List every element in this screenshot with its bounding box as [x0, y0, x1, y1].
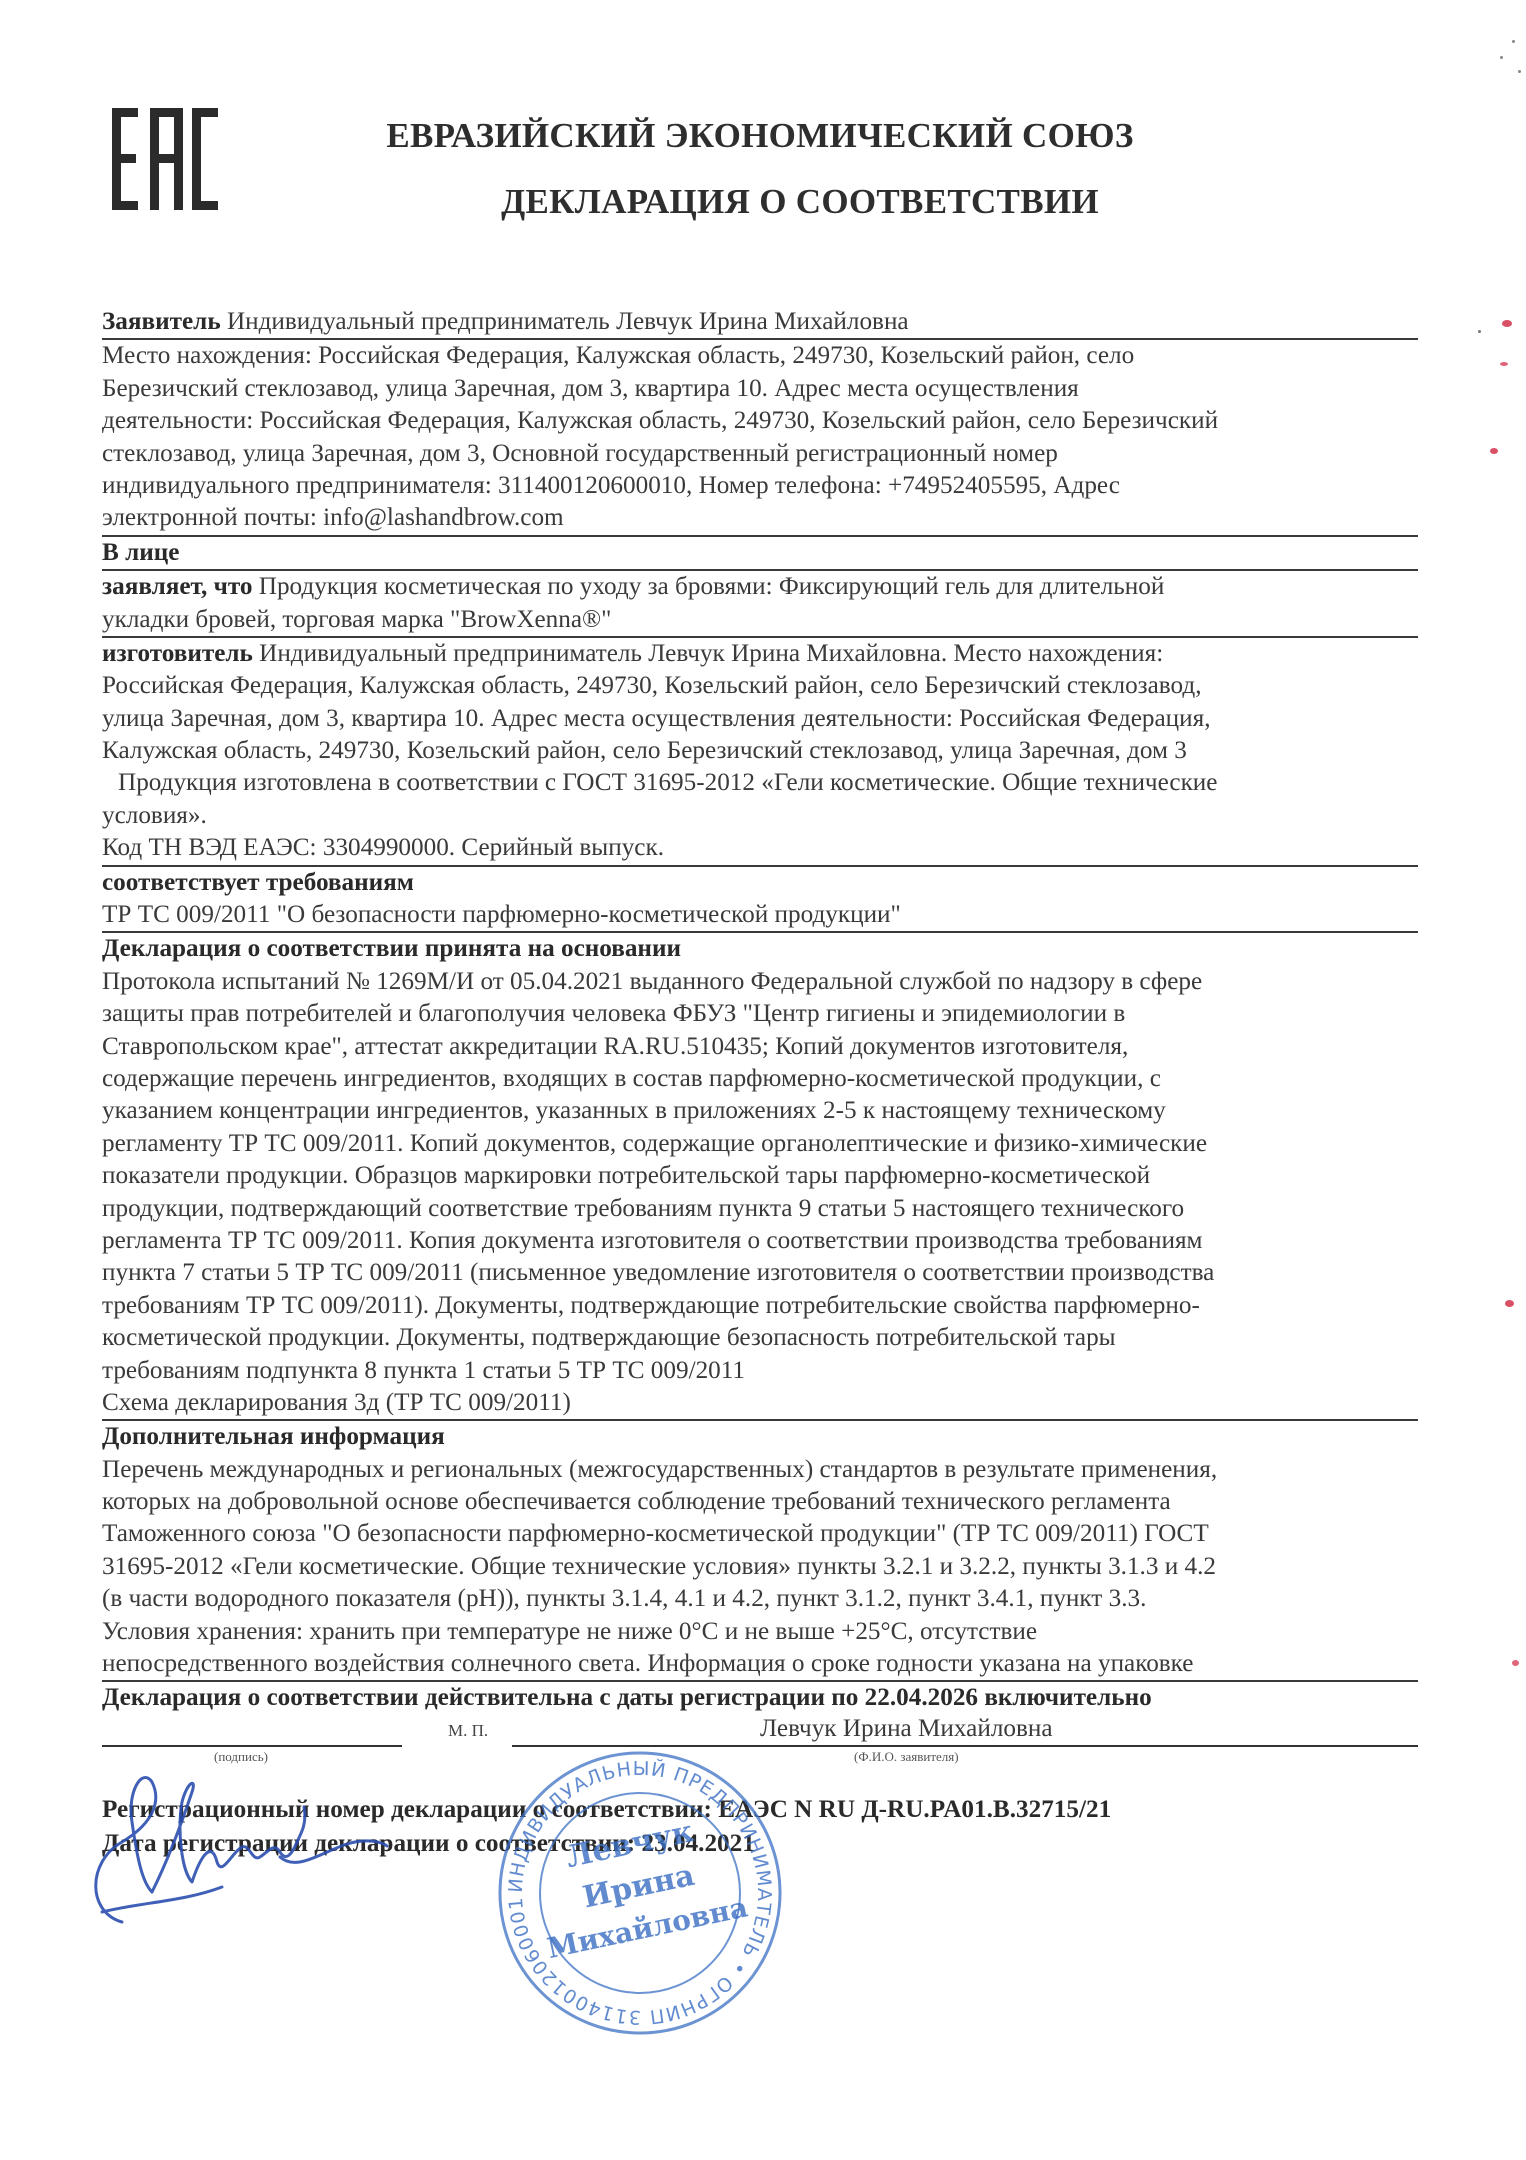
applicant-address-line: Место нахождения: Российская Федерация, … [102, 340, 1418, 372]
validity-line: Декларация о соответствии действительна … [102, 1682, 1418, 1714]
scan-speck [1478, 330, 1481, 333]
name-caption: (Ф.И.О. заявителя) [854, 1749, 959, 1765]
round-stamp-icon: ИНДИВИДУАЛЬНЫЙ ПРЕДПРИНИМАТЕЛЬ • ОГРНИП … [495, 1748, 785, 2038]
applicant-row: Заявитель Индивидуальный предприниматель… [102, 306, 1418, 340]
signature-line [102, 1745, 402, 1747]
manufacturer-line: Российская Федерация, Калужская область,… [102, 670, 1418, 702]
scan-speck [1518, 70, 1521, 73]
manufacturer-line: Калужская область, 249730, Козельский ра… [102, 735, 1418, 767]
basis-line: требованиям ТР ТС 009/2011). Документы, … [102, 1290, 1418, 1322]
name-line [512, 1745, 1418, 1747]
basis-line: требованиям подпункта 8 пункта 1 статьи … [102, 1355, 1418, 1387]
hs-code-line: Код ТН ВЭД ЕАЭС: 3304990000. Серийный вы… [102, 832, 1418, 866]
basis-line: защиты прав потребителей и благополучия … [102, 998, 1418, 1030]
standard-line: Продукция изготовлена в соответствии с Г… [102, 767, 1418, 799]
basis-line: содержащие перечень ингредиентов, входящ… [102, 1063, 1418, 1095]
basis-line: указанием концентрации ингредиентов, ука… [102, 1095, 1418, 1127]
additional-label: Дополнительная информация [102, 1421, 1418, 1453]
scan-speck [1502, 320, 1512, 327]
applicant-label: Заявитель [102, 308, 221, 335]
product-line: Продукция косметическая по уходу за бров… [252, 573, 1164, 600]
additional-line: которых на добровольной основе обеспечив… [102, 1486, 1418, 1518]
declares-row: заявляет, что Продукция косметическая по… [102, 571, 1418, 603]
basis-line: регламенту ТР ТС 009/2011. Копий докумен… [102, 1128, 1418, 1160]
standard-line: условия». [102, 800, 1418, 832]
manufacturer-line: Индивидуальный предприниматель Левчук Ир… [253, 640, 1163, 667]
applicant-name: Левчук Ирина Михайловна [760, 1715, 1053, 1743]
stamp-place-label: М. П. [448, 1721, 488, 1741]
applicant-address-line: индивидуального предпринимателя: 3114001… [102, 470, 1418, 502]
manufacturer-row: изготовитель Индивидуальный предпринимат… [102, 638, 1418, 670]
scan-speck [1490, 448, 1498, 454]
scan-speck [1500, 362, 1508, 366]
basis-line: пункта 7 статьи 5 ТР ТС 009/2011 (письме… [102, 1257, 1418, 1289]
union-title: ЕВРАЗИЙСКИЙ ЭКОНОМИЧЕСКИЙ СОЮЗ [340, 116, 1180, 156]
scheme-line: Схема декларирования 3д (ТР ТС 009/2011) [102, 1387, 1418, 1421]
complies-value: ТР ТС 009/2011 "О безопасности парфюмерн… [102, 899, 1418, 933]
applicant-address-line: Березичский стеклозавод, улица Заречная,… [102, 373, 1418, 405]
additional-line: 31695-2012 «Гели косметические. Общие те… [102, 1551, 1418, 1583]
signature-scribble-icon [82, 1762, 392, 1932]
applicant-email-line: электронной почты: info@lashandbrow.com [102, 502, 1418, 536]
basis-line: показатели продукции. Образцов маркировк… [102, 1160, 1418, 1192]
basis-line: косметической продукции. Документы, подт… [102, 1322, 1418, 1354]
additional-line: (в части водородного показателя (pH)), п… [102, 1583, 1418, 1615]
applicant-value: Индивидуальный предприниматель Левчук Ир… [221, 308, 909, 335]
scan-speck [1512, 40, 1515, 43]
product-line: укладки бровей, торговая марка "BrowXenn… [102, 604, 1418, 638]
basis-label: Декларация о соответствии принята на осн… [102, 933, 1418, 965]
basis-line: продукции, подтверждающий соответствие т… [102, 1193, 1418, 1225]
scan-speck [1512, 1660, 1519, 1666]
declares-label: заявляет, что [102, 573, 252, 600]
additional-line: Условия хранения: хранить при температур… [102, 1616, 1418, 1648]
basis-line: Протокола испытаний № 1269М/И от 05.04.2… [102, 966, 1418, 998]
eac-logo-icon [112, 108, 218, 210]
document-title: ДЕКЛАРАЦИЯ О СООТВЕТСТВИИ [380, 182, 1220, 222]
applicant-address-line: стеклозавод, улица Заречная, дом 3, Осно… [102, 438, 1418, 470]
additional-line: Перечень международных и региональных (м… [102, 1454, 1418, 1486]
scan-speck [1500, 56, 1503, 59]
additional-line: непосредственного воздействия солнечного… [102, 1648, 1418, 1682]
manufacturer-line: улица Заречная, дом 3, квартира 10. Адре… [102, 703, 1418, 735]
complies-label: соответствует требованиям [102, 867, 1418, 899]
in-person-label: В лице [102, 537, 1418, 571]
additional-line: Таможенного союза "О безопасности парфюм… [102, 1518, 1418, 1550]
basis-line: Ставропольском крае", аттестат аккредита… [102, 1031, 1418, 1063]
declaration-body: Заявитель Индивидуальный предприниматель… [102, 306, 1418, 1861]
applicant-address-line: деятельности: Российская Федерация, Калу… [102, 405, 1418, 437]
scan-speck [1505, 1300, 1514, 1307]
manufacturer-label: изготовитель [102, 640, 253, 667]
basis-line: регламента ТР ТС 009/2011. Копия докумен… [102, 1225, 1418, 1257]
